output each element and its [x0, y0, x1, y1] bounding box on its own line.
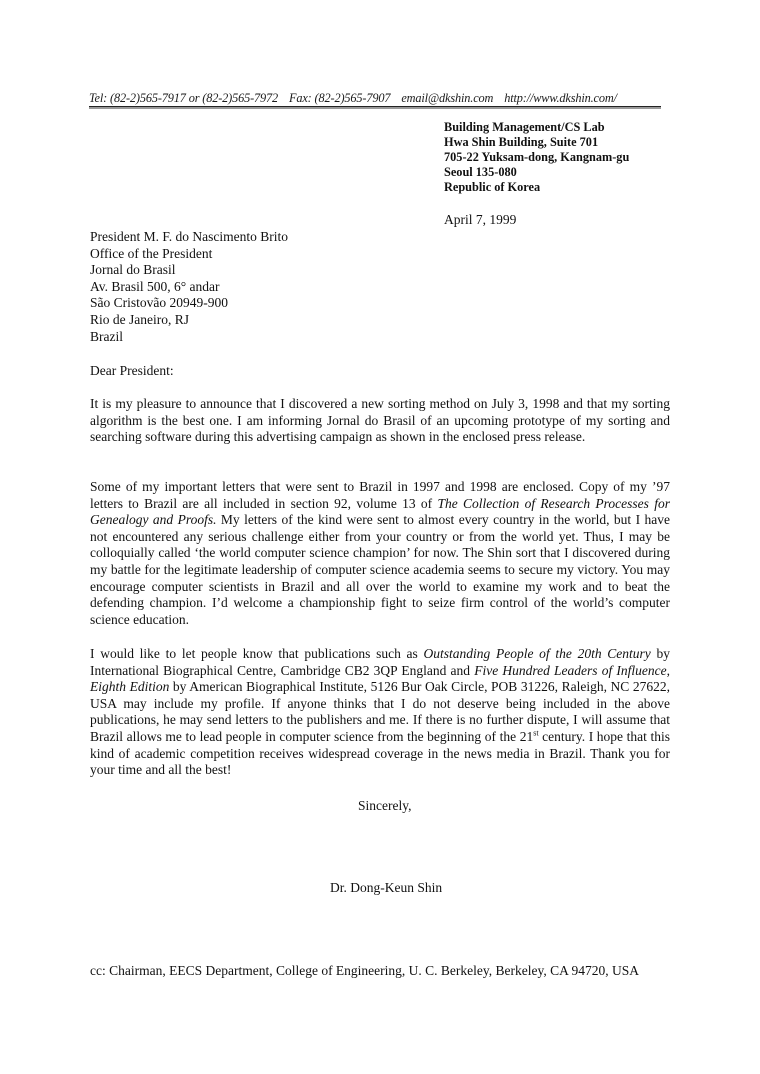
- recipient-address-line: Jornal do Brasil: [90, 262, 288, 279]
- body-paragraph-1: It is my pleasure to announce that I dis…: [90, 396, 670, 446]
- fax-text: Fax: (82-2)565-7907: [289, 91, 390, 105]
- sender-address: Building Management/CS Lab Hwa Shin Buil…: [444, 120, 629, 195]
- publication-edition: Eighth Edition: [90, 679, 169, 694]
- paragraph-text: ,: [667, 663, 670, 678]
- recipient-address-line: Brazil: [90, 329, 288, 346]
- publication-title: Outstanding People of the 20th Century: [424, 646, 651, 661]
- recipient-address-line: Office of the President: [90, 246, 288, 263]
- sender-address-line: Hwa Shin Building, Suite 701: [444, 135, 629, 150]
- recipient-address-line: Av. Brasil 500, 6° andar: [90, 279, 288, 296]
- email-link[interactable]: email@dkshin.com: [401, 91, 493, 105]
- website-link[interactable]: http://www.dkshin.com/: [504, 91, 617, 105]
- sender-address-line: Building Management/CS Lab: [444, 120, 629, 135]
- publication-title: Five Hundred Leaders of Influence: [474, 663, 666, 678]
- recipient-address: President M. F. do Nascimento Brito Offi…: [90, 229, 288, 345]
- paragraph-text: My letters of the kind were sent to almo…: [90, 512, 670, 627]
- letter-page: Tel: (82-2)565-7917 or (82-2)565-7972Fax…: [0, 0, 760, 1074]
- telephone-text: Tel: (82-2)565-7917 or (82-2)565-7972: [89, 91, 278, 105]
- recipient-address-line: São Cristovão 20949-900: [90, 295, 288, 312]
- body-paragraph-2: Some of my important letters that were s…: [90, 479, 670, 628]
- cc-line: cc: Chairman, EECS Department, College o…: [90, 962, 639, 979]
- paragraph-text: I would like to let people know that pub…: [90, 646, 424, 661]
- sender-address-line: 705-22 Yuksam-dong, Kangnam-gu: [444, 150, 629, 165]
- salutation: Dear President:: [90, 362, 174, 379]
- recipient-address-line: Rio de Janeiro, RJ: [90, 312, 288, 329]
- sender-address-line: Republic of Korea: [444, 180, 629, 195]
- signature-name: Dr. Dong-Keun Shin: [330, 879, 442, 896]
- closing: Sincerely,: [358, 797, 411, 814]
- letter-date: April 7, 1999: [444, 211, 516, 228]
- recipient-address-line: President M. F. do Nascimento Brito: [90, 229, 288, 246]
- sender-address-line: Seoul 135-080: [444, 165, 629, 180]
- letterhead-contact-line: Tel: (82-2)565-7917 or (82-2)565-7972Fax…: [89, 90, 661, 107]
- body-paragraph-3: I would like to let people know that pub…: [90, 646, 670, 779]
